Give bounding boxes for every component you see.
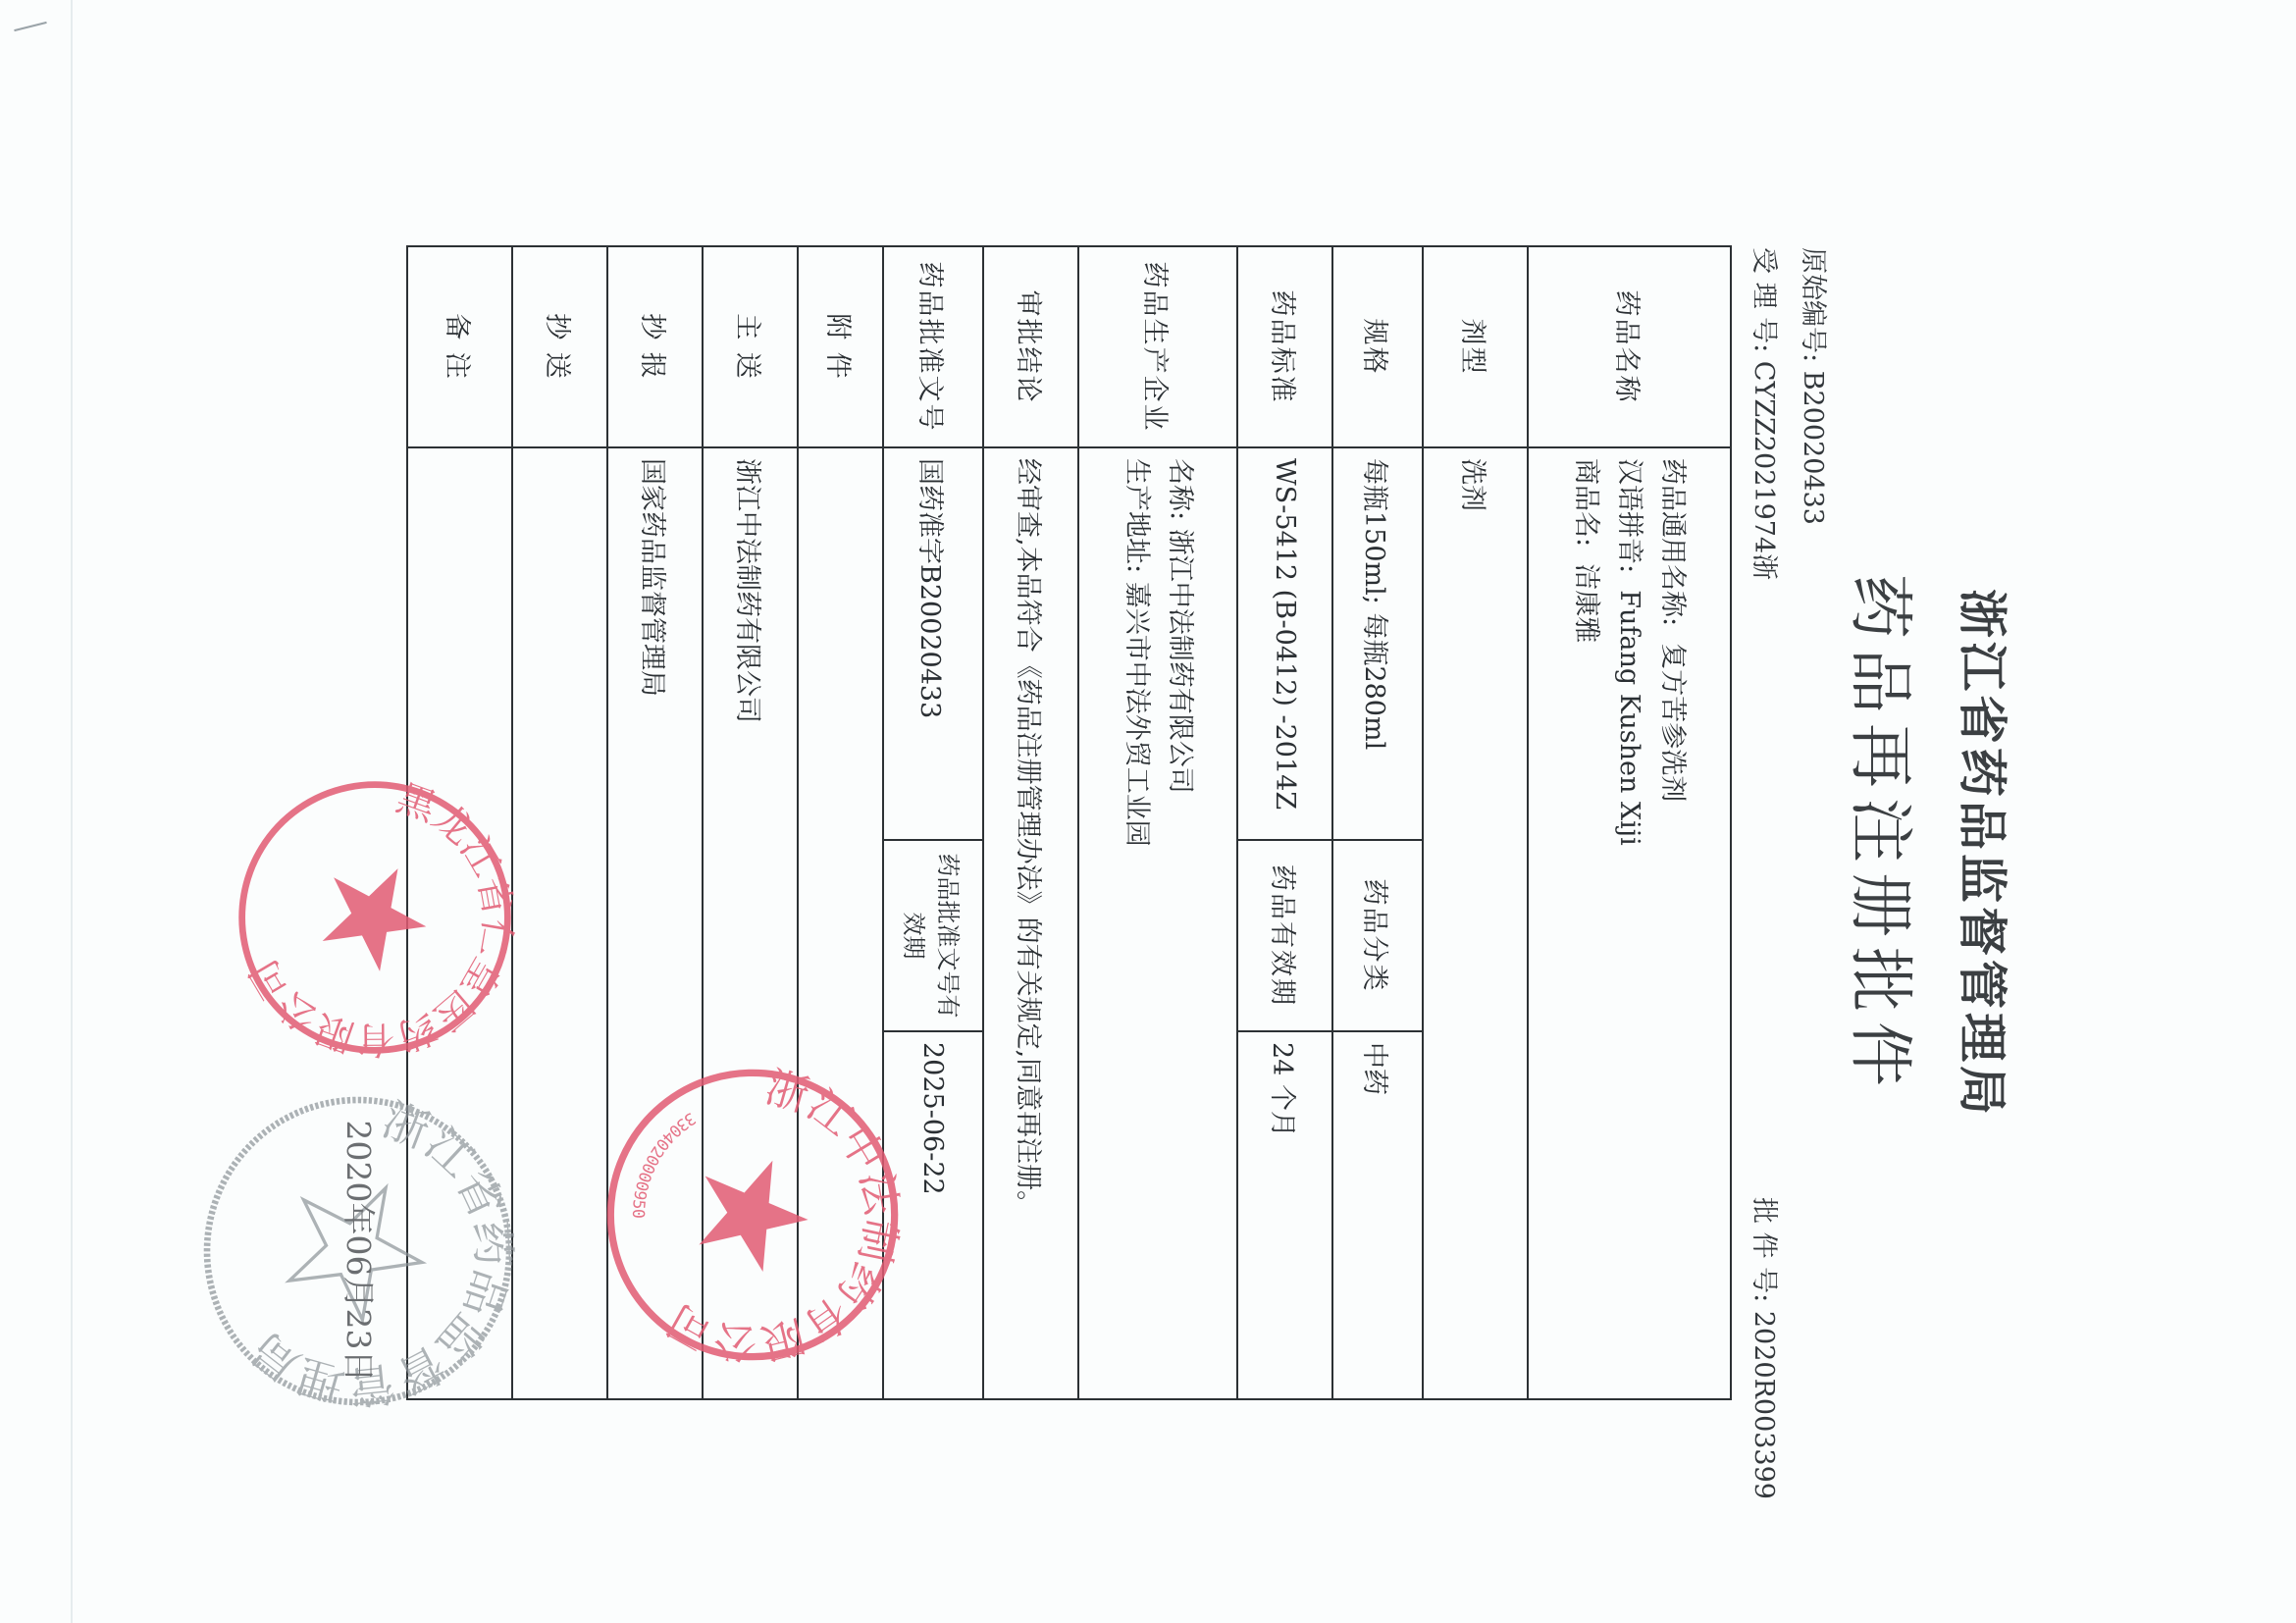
value-conclusion: 经审查,本品符合《药品注册管理办法》的有关规定,同意再注册。	[983, 447, 1078, 1399]
red-seal-icon: 浙江中法制药有限公司 3304020000950	[600, 1058, 905, 1372]
label-copy-to: 抄 送	[512, 246, 607, 447]
label-specification: 规格	[1332, 246, 1423, 447]
approval-document-number: 批 件 号: 2020R003399	[1748, 1197, 1786, 1499]
original-number: 原始编号: B20020433	[1797, 247, 1835, 525]
label-shelf-life: 药品有效期	[1237, 840, 1332, 1031]
label-report-to: 抄 报	[607, 246, 703, 447]
red-seal-icon: 黑龙江省仁皇医药有限公司	[228, 775, 522, 1060]
document-title: 药品再注册批件	[1840, 574, 1933, 1096]
acceptance-number: 受 理 号: CYZZ2021974浙	[1748, 247, 1786, 580]
row-dosage-form: 剂型 洗剂	[1423, 246, 1528, 1399]
value-drug-name: 药品通用名称: 复方苦参洗剂 汉语拼音: Fufang Kushen Xiji …	[1528, 447, 1731, 1399]
value-drug-category: 中药	[1332, 1031, 1423, 1399]
value-standard: WS-5412 (B-0412) -2014Z	[1237, 447, 1332, 840]
manufacturer-address: 嘉兴市中法外贸工业园	[1122, 582, 1152, 847]
label-standard: 药品标准	[1237, 246, 1332, 447]
stamp-zhejiang-fda: 浙江省药品监督管理局 2020年06月23日	[196, 1089, 520, 1413]
generic-name: 复方苦参洗剂	[1658, 643, 1689, 802]
row-copy-to: 抄 送	[512, 246, 607, 1399]
label-approval-number: 药品批准文号	[883, 246, 983, 447]
value-approval-number: 国药准字B20020433	[883, 447, 983, 840]
stamp-zhongfa-company: 浙江中法制药有限公司 3304020000950	[600, 1058, 905, 1372]
seal-date: 2020年06月23日	[339, 1121, 378, 1383]
label-conclusion: 审批结论	[983, 246, 1078, 447]
seal-code: 3304020000950	[628, 1105, 700, 1225]
value-shelf-life: 24 个月	[1237, 1031, 1332, 1399]
seal-text: 浙江省药品监督管理局	[236, 1089, 520, 1413]
label-drug-name: 药品名称	[1528, 246, 1731, 447]
pinyin-name: Fufang Kushen Xiji	[1615, 590, 1645, 846]
value-specification: 每瓶150ml; 每瓶280ml	[1332, 447, 1423, 840]
value-dosage-form: 洗剂	[1423, 447, 1528, 1399]
manufacturer-name: 浙江中法制药有限公司	[1165, 529, 1195, 794]
gray-seal-icon: 浙江省药品监督管理局 2020年06月23日	[196, 1089, 520, 1413]
label-drug-category: 药品分类	[1332, 840, 1423, 1031]
row-manufacturer: 药品生产企业 名称: 浙江中法制药有限公司 生产地址: 嘉兴市中法外贸工业园	[1078, 246, 1237, 1399]
svg-text:浙江省药品监督管理局: 浙江省药品监督管理局	[236, 1089, 520, 1413]
label-main-recipient: 主 送	[703, 246, 798, 447]
label-approval-expiry: 药品批准文号有效期	[883, 840, 983, 1031]
row-drug-name: 药品名称 药品通用名称: 复方苦参洗剂 汉语拼音: Fufang Kushen …	[1528, 246, 1731, 1399]
row-conclusion: 审批结论 经审查,本品符合《药品注册管理办法》的有关规定,同意再注册。	[983, 246, 1078, 1399]
label-attachment: 附 件	[798, 246, 883, 447]
row-specification: 规格 每瓶150ml; 每瓶280ml 药品分类 中药	[1332, 246, 1423, 1399]
row-standard: 药品标准 WS-5412 (B-0412) -2014Z 药品有效期 24 个月	[1237, 246, 1332, 1399]
value-manufacturer: 名称: 浙江中法制药有限公司 生产地址: 嘉兴市中法外贸工业园	[1078, 447, 1237, 1399]
svg-text:3304020000950: 3304020000950	[628, 1105, 700, 1225]
stamp-heilongjiang-company: 黑龙江省仁皇医药有限公司	[228, 775, 522, 1060]
trade-name: 洁康雅	[1572, 563, 1602, 643]
value-copy-to	[512, 447, 607, 1399]
issuing-organization: 浙江省药品监督管理局	[1951, 589, 2021, 1119]
label-manufacturer: 药品生产企业	[1078, 246, 1237, 447]
label-remarks: 备 注	[407, 246, 512, 447]
label-dosage-form: 剂型	[1423, 246, 1528, 447]
